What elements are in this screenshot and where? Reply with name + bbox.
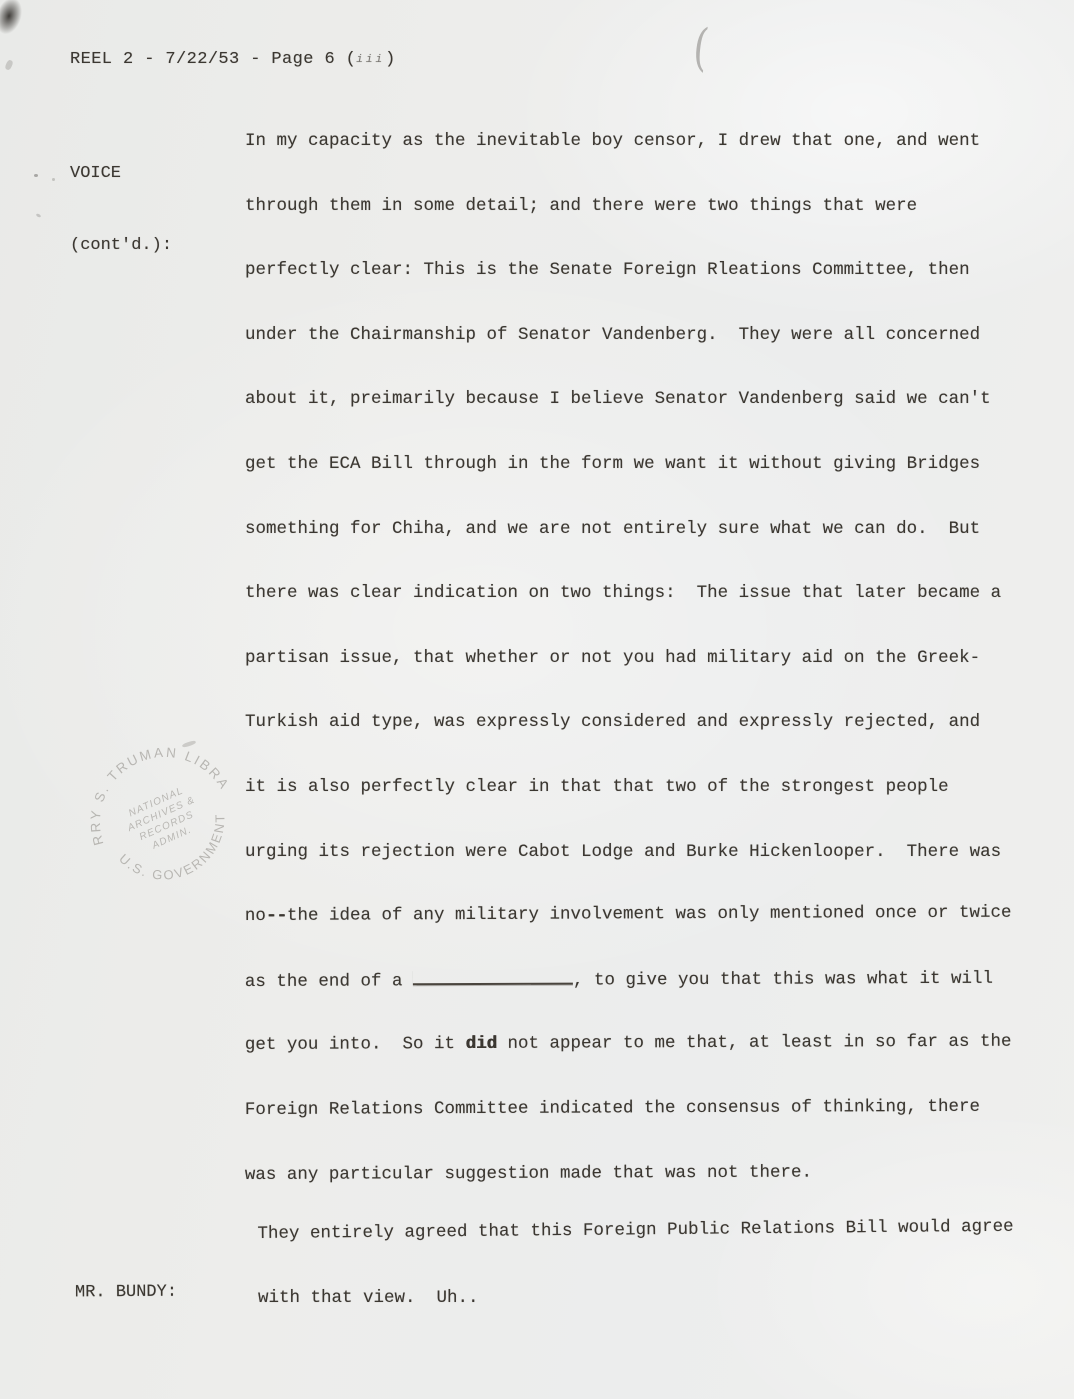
line-text: about it, preimarily because I believe S… [245, 389, 991, 409]
line-text: under the Chairmanship of Senator Vanden… [245, 325, 980, 345]
transcript-line: In my capacity as the inevitable boy cen… [245, 131, 1012, 196]
pencil-speck [4, 59, 14, 71]
voice-paragraph: In my capacity as the inevitable boy cen… [245, 131, 1012, 1229]
line-text: it is also perfectly clear in that that … [245, 777, 949, 797]
transcript-line: partisan issue, that whether or not you … [245, 648, 1012, 713]
transcript-line: about it, preimarily because I believe S… [245, 389, 1012, 454]
line-text: get the ECA Bill through in the form we … [245, 454, 980, 474]
line-text: as the end of a [245, 971, 413, 992]
speaker-label-voice: VOICE (cont'd.): [70, 114, 172, 306]
line-text: not appear to me that, at least in so fa… [497, 1032, 1012, 1054]
overstruck-word: -- [266, 906, 287, 926]
transcript-line: no--the idea of any military involvement… [245, 903, 1012, 971]
transcript-line: under the Chairmanship of Senator Vanden… [245, 325, 1012, 390]
pencil-speck [36, 213, 42, 218]
header-text: REEL 2 - 7/22/53 - Page 6 [70, 50, 346, 69]
header-paren-open: ( [346, 50, 357, 69]
line-text: Turkish aid type, was expressly consider… [245, 712, 980, 732]
line-text: perfectly clear: This is the Senate Fore… [245, 260, 970, 280]
line-text: was any particular suggestion made that … [245, 1162, 812, 1184]
stray-paren-mark: ( [691, 17, 711, 78]
transcript-line: Foreign Relations Committee indicated th… [245, 1097, 1012, 1165]
header-paren-close: ) [385, 50, 396, 69]
transcript-line: with that view. Uh.. [258, 1288, 1014, 1352]
line-text: get you into. So it [245, 1034, 466, 1055]
pencil-speck [52, 178, 55, 181]
speaker-label-bundy: MR. BUNDY: [75, 1233, 178, 1354]
line-text: the idea of any military involvement was… [287, 903, 1012, 926]
scanned-transcript-page: REEL 2 - 7/22/53 - Page 6 (iii) ( VOICE … [0, 0, 1074, 1399]
transcript-line: get the ECA Bill through in the form we … [245, 454, 1012, 519]
pencil-speck [34, 174, 38, 177]
line-text: there was clear indication on two things… [245, 583, 1001, 603]
line-text: partisan issue, that whether or not you … [245, 648, 980, 668]
transcript-line: there was clear indication on two things… [245, 583, 1012, 648]
line-text: , to give you that this was what it will [573, 968, 993, 990]
archive-stamp: HARRY S. TRUMAN LIBRARY U.S. GOVERNMENT … [74, 731, 256, 913]
transcript-line: get you into. So it did not appear to me… [245, 1032, 1012, 1100]
line-text: through them in some detail; and there w… [245, 196, 917, 216]
transcript-line: as the end of a , to give you that this … [245, 967, 1012, 1035]
speaker-label-line: VOICE [70, 162, 172, 186]
line-text: something for Chiha, and we are not enti… [245, 519, 980, 539]
line-text: urging its rejection were Cabot Lodge an… [245, 842, 1001, 862]
line-text: In my capacity as the inevitable boy cen… [245, 131, 980, 151]
transcript-line: it is also perfectly clear in that that … [245, 777, 1012, 842]
speaker-label-line: (cont'd.): [70, 234, 172, 258]
transcript-line: They entirely agreed that this Foreign P… [257, 1217, 1014, 1288]
bundy-paragraph: They entirely agreed that this Foreign P… [258, 1224, 1014, 1352]
overstruck-word: did [465, 1034, 497, 1054]
transcript-line: through them in some detail; and there w… [245, 196, 1012, 261]
transcript-line: something for Chiha, and we are not enti… [245, 519, 1012, 584]
line-text: with that view. Uh.. [258, 1288, 479, 1308]
line-text: Foreign Relations Committee indicated th… [245, 1097, 980, 1120]
blank-underline [413, 969, 573, 985]
handwritten-note: iii [356, 54, 385, 66]
page-header: REEL 2 - 7/22/53 - Page 6 (iii) [70, 50, 396, 69]
speaker-label-line: MR. BUNDY: [75, 1281, 177, 1306]
transcript-line: Turkish aid type, was expressly consider… [245, 712, 1012, 777]
transcript-line: perfectly clear: This is the Senate Fore… [245, 260, 1012, 325]
transcript-line: urging its rejection were Cabot Lodge an… [245, 842, 1012, 907]
ink-smudge [0, 0, 33, 46]
